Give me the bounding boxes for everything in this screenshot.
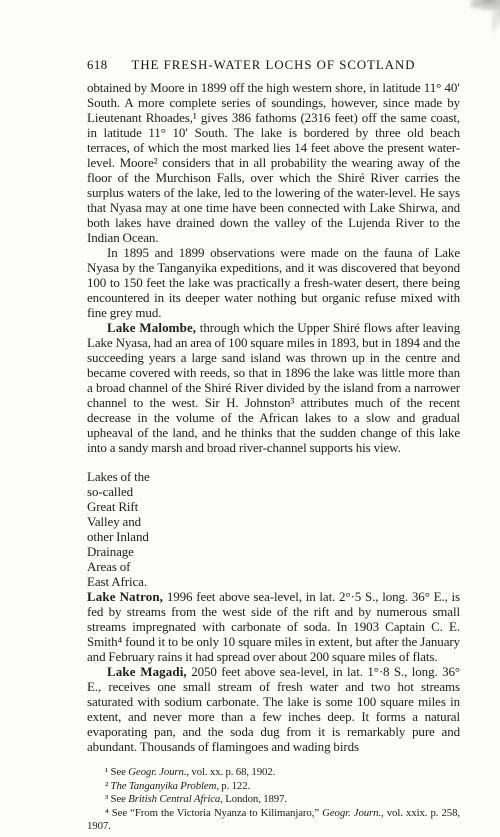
- footnote-1: ¹ See Geogr. Journ., vol. xx. p. 68, 190…: [87, 766, 460, 780]
- page-number: 618: [87, 58, 108, 73]
- paragraph-lead: Lake Natron,: [87, 589, 163, 604]
- paragraph-lake-malombe: Lake Malombe, through which the Upper Sh…: [87, 320, 460, 455]
- paragraph-nyasa-continuation: obtained by Moore in 1899 off the high w…: [87, 80, 460, 245]
- margin-note-line: Great Rift: [87, 499, 460, 514]
- margin-note-line: East Africa.: [87, 574, 460, 589]
- margin-note-line: Drainage: [87, 544, 460, 559]
- margin-note-line: so-called: [87, 484, 460, 499]
- paragraph-text: obtained by Moore in 1899 off the high w…: [87, 80, 460, 245]
- running-title: THE FRESH-WATER LOCHS OF SCOTLAND: [87, 58, 460, 73]
- margin-note-line: Valley and: [87, 514, 460, 529]
- paragraph-fauna-observations: In 1895 and 1899 observations were made …: [87, 245, 460, 320]
- paragraph-lead: Lake Malombe,: [107, 320, 196, 335]
- text-column: obtained by Moore in 1899 off the high w…: [87, 80, 460, 834]
- footnote-3: ³ See British Central Africa, London, 18…: [87, 793, 460, 807]
- scan-smudge-artifact: [438, 0, 500, 34]
- footnotes-block: ¹ See Geogr. Journ., vol. xx. p. 68, 190…: [87, 766, 460, 834]
- footnote-4: ⁴ See “From the Victoria Nyanza to Kilim…: [87, 807, 460, 834]
- margin-note-line: Lakes of the: [87, 469, 460, 484]
- running-header: 618 THE FRESH-WATER LOCHS OF SCOTLAND: [87, 58, 460, 73]
- book-page: 618 THE FRESH-WATER LOCHS OF SCOTLAND ob…: [0, 0, 500, 837]
- margin-note-line: Areas of: [87, 559, 460, 574]
- paragraph-text: through which the Upper Shiré flows afte…: [87, 320, 460, 455]
- paragraph-lake-magadi: Lake Magadi, 2050 feet above sea-level, …: [87, 664, 460, 754]
- paragraph-text: In 1895 and 1899 observations were made …: [87, 245, 460, 320]
- margin-note-line: other Inland: [87, 529, 460, 544]
- footnote-2: ² The Tanganyika Problem, p. 122.: [87, 780, 460, 794]
- paragraph-lead: Lake Magadi,: [107, 664, 187, 679]
